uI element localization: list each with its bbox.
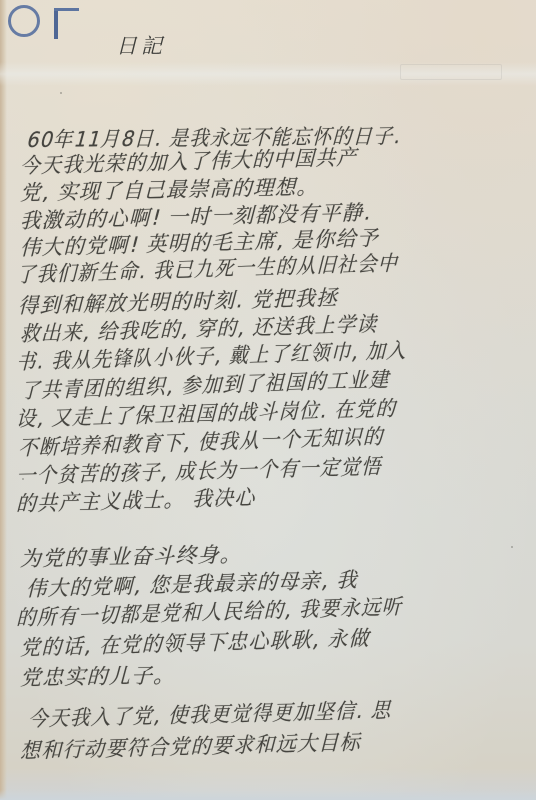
handwritten-text-body: 60年11月8日. 是我永远不能忘怀的日子.今天我光荣的加入了伟大的中国共产党,… bbox=[0, 0, 536, 800]
handwritten-line: 党忠实的儿子。 bbox=[18, 659, 181, 692]
handwritten-line: 的共产主义战士。 我决心 bbox=[14, 481, 261, 518]
